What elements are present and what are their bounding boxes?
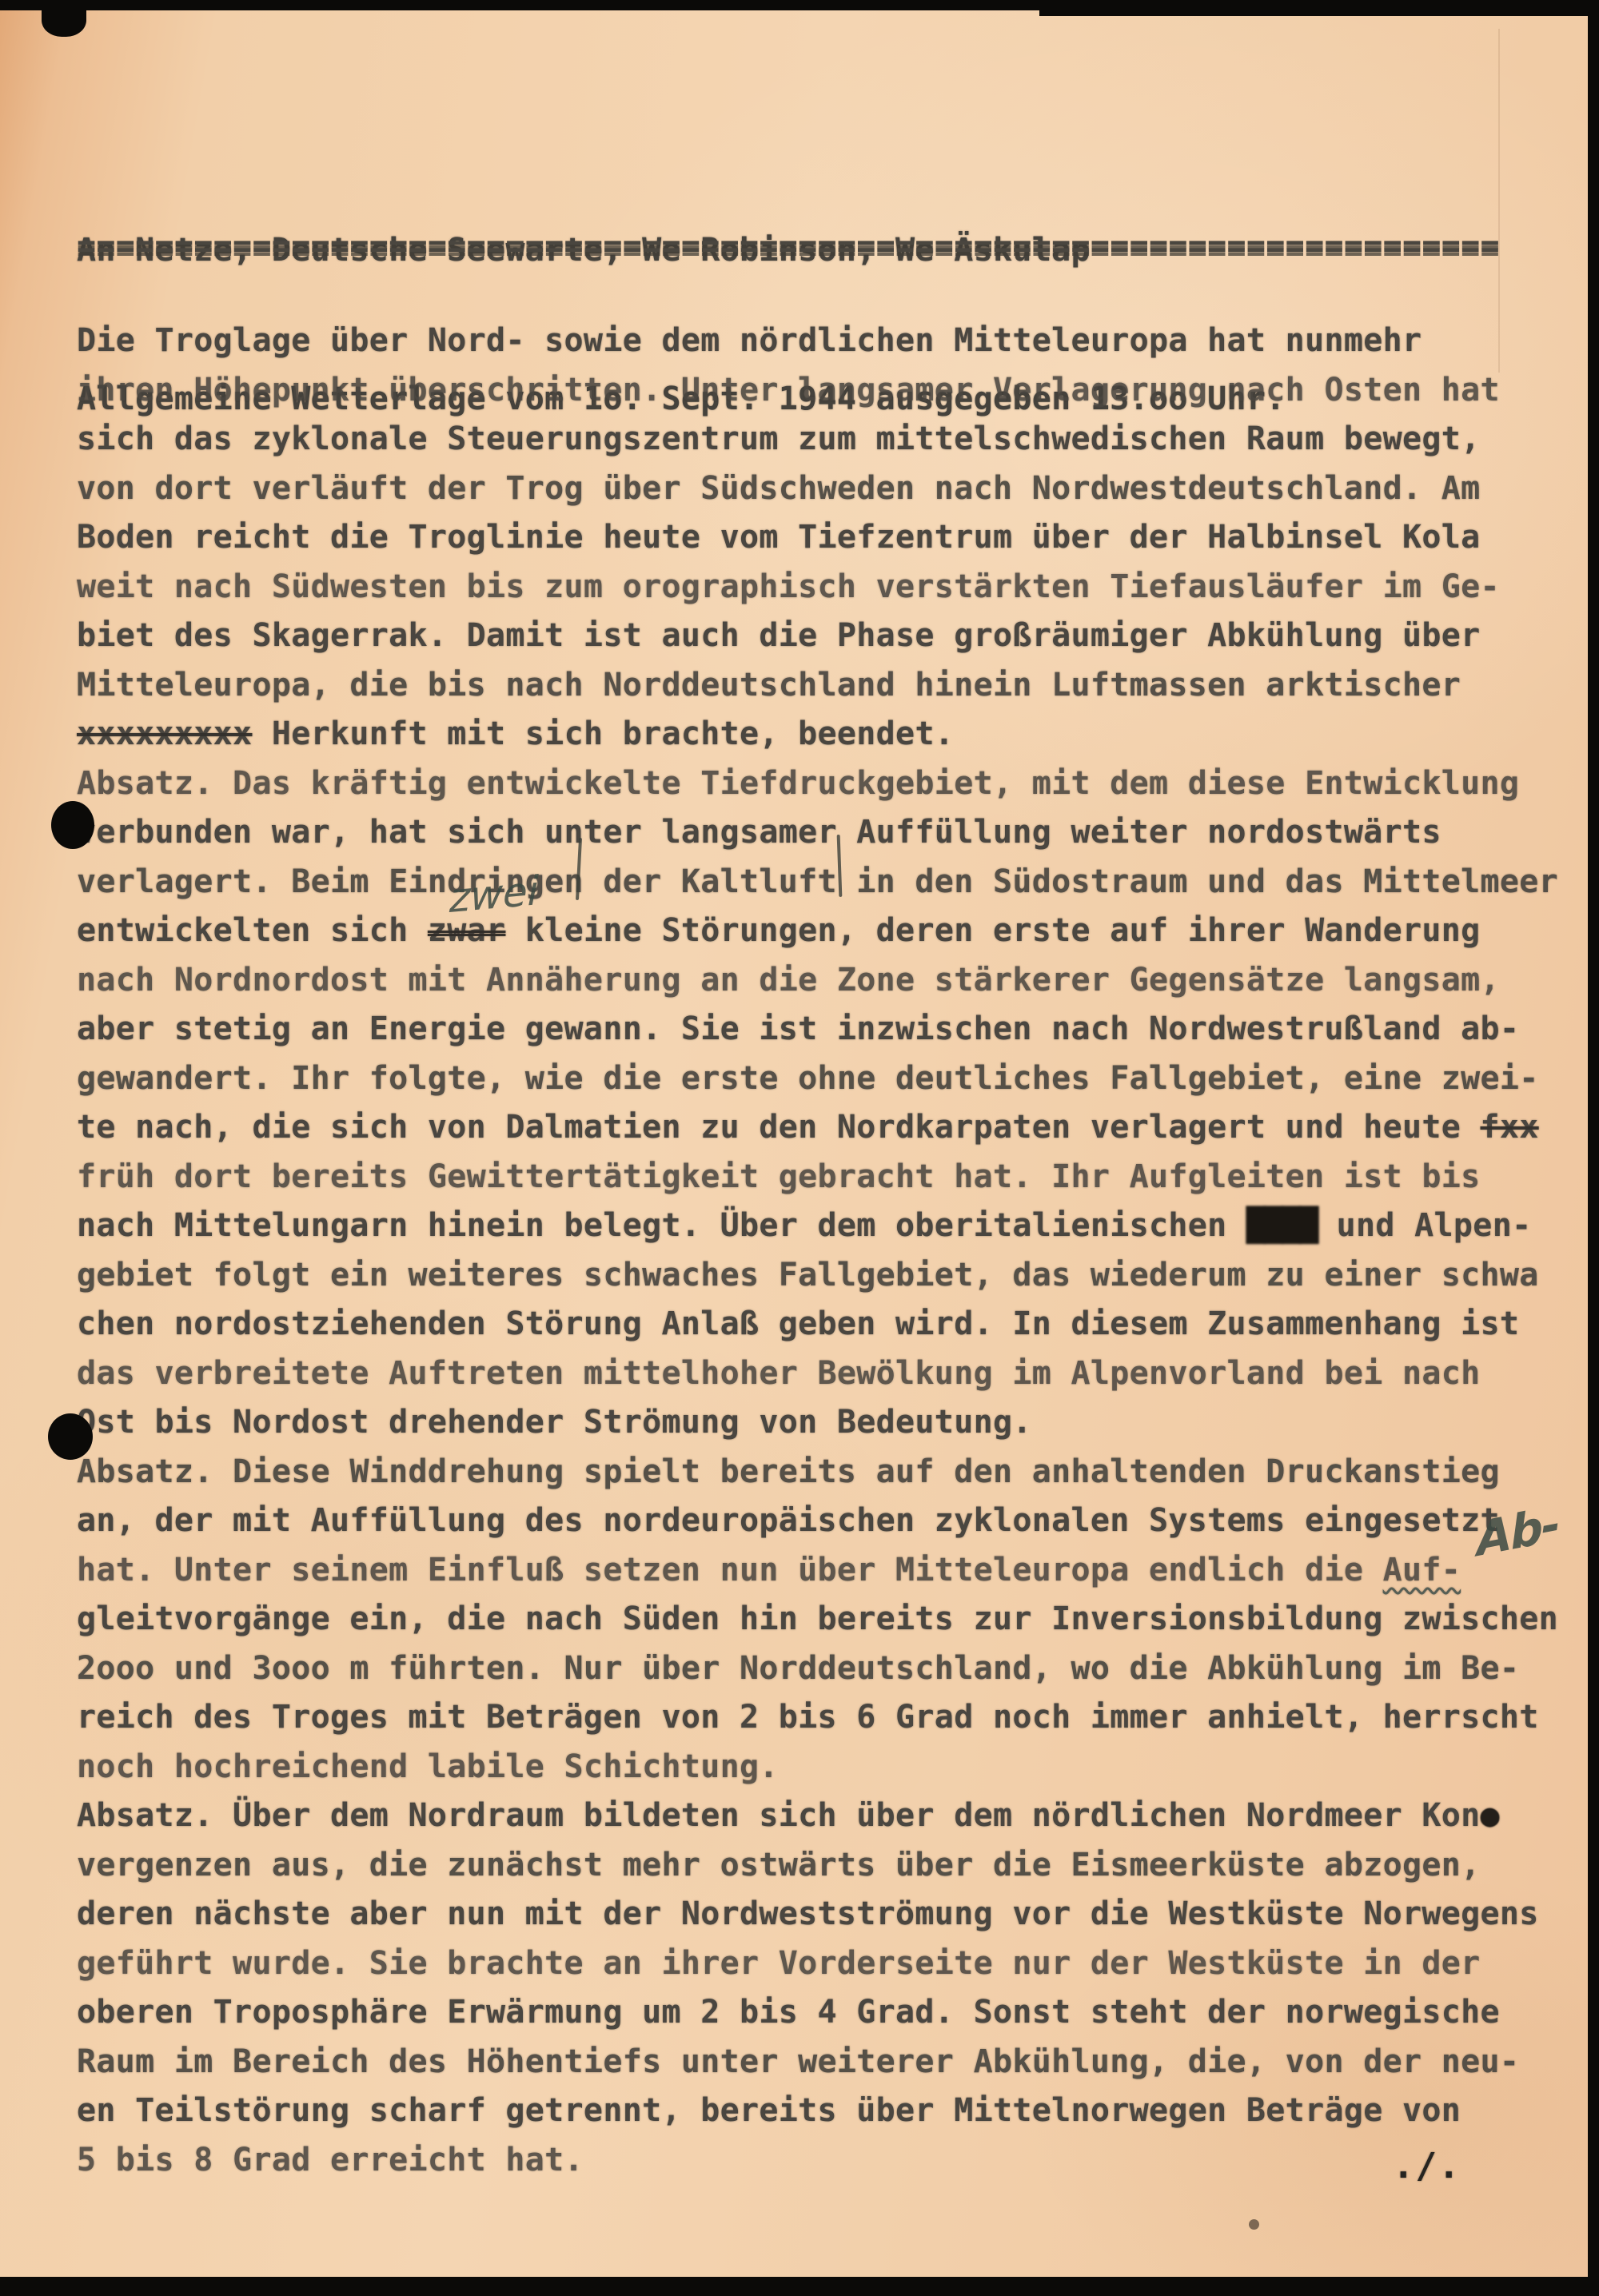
typed-line: gleitvorgänge ein, die nach Süden hin be…	[77, 1595, 1558, 1644]
typed-line: verbunden war, hat sich unter langsamer …	[77, 808, 1558, 858]
typed-line: geführt wurde. Sie brachte an ihrer Vord…	[77, 1939, 1558, 1989]
typed-segment: nach Nordnordost mit Annäherung an die Z…	[77, 962, 1500, 999]
typed-segment: weit nach Südwesten bis zum orographisch…	[77, 568, 1500, 605]
typed-segment: Herkunft mit sich brachte, beendet.	[252, 716, 954, 752]
typed-line: weit nach Südwesten bis zum orographisch…	[77, 563, 1558, 612]
ink-speck	[1249, 2219, 1259, 2230]
typed-segment: biet des Skagerrak. Damit ist auch die P…	[77, 617, 1481, 654]
document-body: Die Troglage über Nord- sowie dem nördli…	[77, 317, 1558, 2185]
typed-segment: Absatz. Über dem Nordraum bildeten sich …	[77, 1797, 1481, 1834]
typed-segment: oberen Troposphäre Erwärmung um 2 bis 4 …	[77, 1994, 1500, 2031]
typed-line: vergenzen aus, die zunächst mehr ostwärt…	[77, 1841, 1558, 1891]
typed-line: Absatz. Über dem Nordraum bildeten sich …	[77, 1792, 1558, 1841]
hole-punch-top	[51, 801, 94, 849]
typed-segment: Boden reicht die Troglinie heute vom Tie…	[77, 519, 1481, 556]
typed-line: an, der mit Auffüllung des nordeuropäisc…	[77, 1497, 1558, 1546]
typed-segment: früh dort bereits Gewittertätigkeit gebr…	[77, 1158, 1481, 1195]
typed-line: gebiet folgt ein weiteres schwaches Fall…	[77, 1251, 1558, 1301]
typed-segment: und Alpen-	[1317, 1207, 1531, 1244]
typed-segment: nach Mittelungarn hinein belegt. Über de…	[77, 1207, 1246, 1244]
typed-line: reich des Troges mit Beträgen von 2 bis …	[77, 1693, 1558, 1743]
typed-line: entwickelten sich zwar kleine Störungen,…	[77, 907, 1558, 956]
typed-segment: deren nächste aber nun mit der Nordwests…	[77, 1895, 1539, 1932]
typed-segment-blackout: ████	[1246, 1207, 1317, 1244]
typed-line: ihren Höhepunkt überschritten. Unter lan…	[77, 366, 1558, 416]
typed-line: verlagert. Beim Eindringen der Kaltluft …	[77, 858, 1558, 907]
typed-segment: geführt wurde. Sie brachte an ihrer Vord…	[77, 1945, 1481, 1982]
document-page: An Netze, Deutsche Seewarte, We Robinson…	[0, 0, 1599, 2296]
typed-line: biet des Skagerrak. Damit ist auch die P…	[77, 612, 1558, 661]
typed-line: noch hochreichend labile Schichtung.	[77, 1743, 1558, 1792]
typed-line: Boden reicht die Troglinie heute vom Tie…	[77, 513, 1558, 563]
typed-line: nach Mittelungarn hinein belegt. Über de…	[77, 1202, 1558, 1251]
typed-line: oberen Troposphäre Erwärmung um 2 bis 4 …	[77, 1988, 1558, 2038]
typed-segment: verlagert. Beim Eindringen der Kaltluft …	[77, 863, 1558, 900]
scan-edge-right-band	[1588, 0, 1599, 2296]
typed-segment: noch hochreichend labile Schichtung.	[77, 1748, 779, 1785]
typed-segment-struck: fxx	[1481, 1109, 1539, 1146]
typed-segment: chen nordostziehenden Störung Anlaß gebe…	[77, 1305, 1519, 1342]
scan-edge-top-right-band	[1039, 0, 1599, 16]
typed-line: Die Troglage über Nord- sowie dem nördli…	[77, 317, 1558, 366]
typed-line: hat. Unter seinem Einfluß setzen nun übe…	[77, 1546, 1558, 1596]
typed-segment: aber stetig an Energie gewann. Sie ist i…	[77, 1010, 1519, 1047]
typed-segment: das verbreitete Auftreten mittelhoher Be…	[77, 1355, 1481, 1392]
typed-segment: verbunden war, hat sich unter langsamer …	[77, 814, 1441, 851]
typed-line: 2ooo und 3ooo m führten. Nur über Nordde…	[77, 1644, 1558, 1694]
typed-segment-struck: xxxxxxxxx	[77, 716, 252, 752]
typed-line: chen nordostziehenden Störung Anlaß gebe…	[77, 1300, 1558, 1349]
typed-segment: gewandert. Ihr folgte, wie die erste ohn…	[77, 1060, 1539, 1097]
typed-segment: reich des Troges mit Beträgen von 2 bis …	[77, 1699, 1539, 1736]
typed-line: früh dort bereits Gewittertätigkeit gebr…	[77, 1153, 1558, 1202]
typed-segment: von dort verläuft der Trog über Südschwe…	[77, 470, 1481, 507]
typed-segment: gleitvorgänge ein, die nach Süden hin be…	[77, 1600, 1558, 1637]
typed-segment: Absatz. Das kräftig entwickelte Tiefdruc…	[77, 765, 1519, 802]
typed-segment: sich das zyklonale Steuerungszentrum zum…	[77, 421, 1481, 457]
typed-line: sich das zyklonale Steuerungszentrum zum…	[77, 415, 1558, 464]
typed-line: en Teilstörung scharf getrennt, bereits …	[77, 2087, 1558, 2136]
typed-segment: entwickelten sich	[77, 912, 428, 949]
typed-segment: an, der mit Auffüllung des nordeuropäisc…	[77, 1502, 1500, 1539]
scan-edge-bottom-band	[0, 2277, 1599, 2296]
typed-segment: Ost bis Nordost drehender Strömung von B…	[77, 1404, 1032, 1441]
typed-segment: vergenzen aus, die zunächst mehr ostwärt…	[77, 1847, 1481, 1883]
typed-line: 5 bis 8 Grad erreicht hat.	[77, 2136, 1558, 2186]
typed-line: gewandert. Ihr folgte, wie die erste ohn…	[77, 1054, 1558, 1104]
typed-segment: te nach, die sich von Dalmatien zu den N…	[77, 1109, 1481, 1146]
typed-segment: kleine Störungen, deren erste auf ihrer …	[505, 912, 1480, 949]
typed-segment: ihren Höhepunkt überschritten. Unter lan…	[77, 372, 1500, 409]
typed-line: Raum im Bereich des Höhentiefs unter wei…	[77, 2038, 1558, 2087]
typed-line: aber stetig an Energie gewann. Sie ist i…	[77, 1005, 1558, 1054]
typed-line: xxxxxxxxx Herkunft mit sich brachte, bee…	[77, 710, 1558, 759]
hole-punch-bottom	[48, 1413, 93, 1460]
typed-line: von dort verläuft der Trog über Südschwe…	[77, 464, 1558, 514]
typed-line: Absatz. Das kräftig entwickelte Tiefdruc…	[77, 759, 1558, 809]
handwritten-correction-zwei: zwei	[449, 867, 539, 922]
typed-segment: Absatz. Diese Winddrehung spielt bereits…	[77, 1453, 1500, 1490]
typed-segment: Die Troglage über Nord- sowie dem nördli…	[77, 322, 1422, 359]
typed-line: Absatz. Diese Winddrehung spielt bereits…	[77, 1448, 1558, 1497]
typed-segment: gebiet folgt ein weiteres schwaches Fall…	[77, 1257, 1539, 1293]
typed-line: das verbreitete Auftreten mittelhoher Be…	[77, 1349, 1558, 1399]
typed-line: te nach, die sich von Dalmatien zu den N…	[77, 1103, 1558, 1153]
paper-fold-line	[1498, 29, 1500, 373]
scan-edge-top-blob	[42, 0, 86, 37]
typed-separator-rule: ========================================…	[77, 230, 1500, 262]
typed-line: nach Nordnordost mit Annäherung an die Z…	[77, 956, 1558, 1006]
typed-segment: 2ooo und 3ooo m führten. Nur über Nordde…	[77, 1650, 1519, 1687]
typed-segment: en Teilstörung scharf getrennt, bereits …	[77, 2092, 1461, 2129]
typed-line: Mitteleuropa, die bis nach Norddeutschla…	[77, 661, 1558, 711]
typed-segment-pen-underline: Auf-	[1383, 1552, 1461, 1588]
typed-segment: Raum im Bereich des Höhentiefs unter wei…	[77, 2043, 1519, 2080]
typed-segment: hat. Unter seinem Einfluß setzen nun übe…	[77, 1552, 1383, 1588]
page-continuation-mark: ./.	[1393, 2149, 1461, 2184]
typed-line: deren nächste aber nun mit der Nordwests…	[77, 1890, 1558, 1939]
typed-segment: Mitteleuropa, die bis nach Norddeutschla…	[77, 667, 1461, 704]
typed-line: Ost bis Nordost drehender Strömung von B…	[77, 1398, 1558, 1448]
typed-segment: 5 bis 8 Grad erreicht hat.	[77, 2142, 584, 2178]
typed-segment-blob: ●	[1481, 1797, 1500, 1834]
